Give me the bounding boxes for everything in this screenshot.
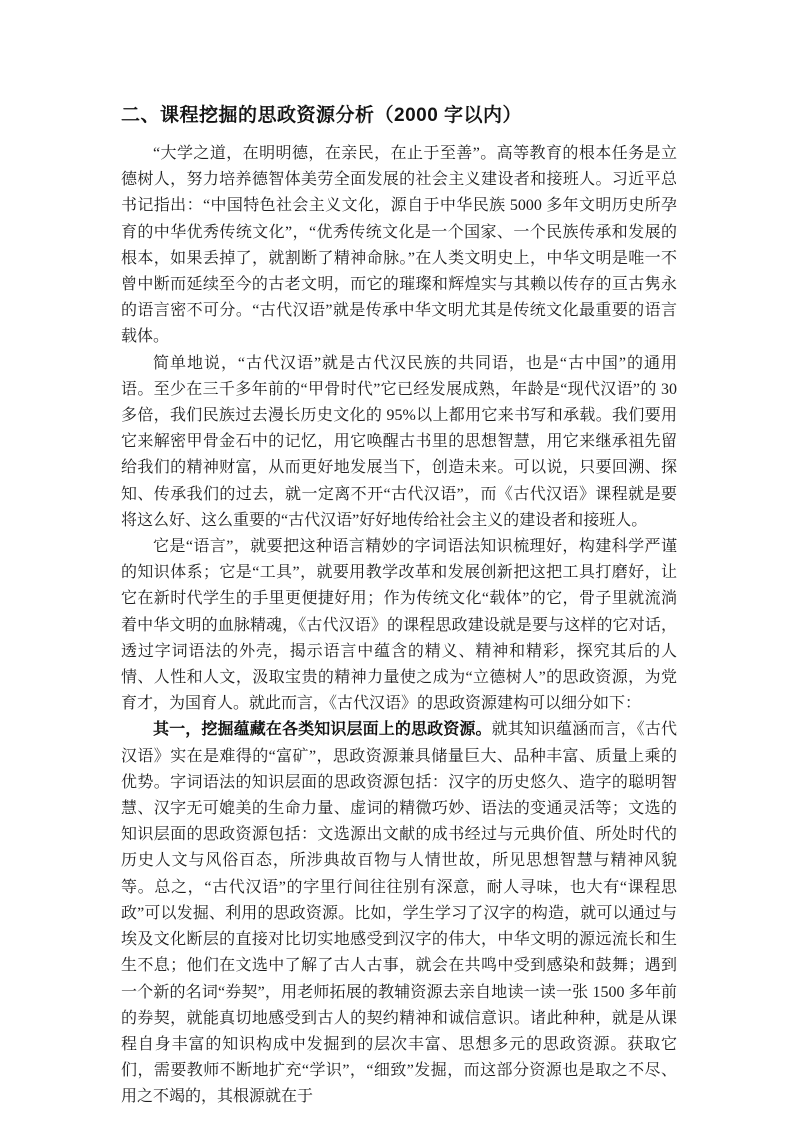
section-heading: 二、课程挖掘的思政资源分析（2000 字以内） [121, 103, 677, 129]
paragraph-text: 就其知识蕴涵而言，《古代汉语》实在是难得的“富矿”，思政资源兼具储量巨大、品种丰… [121, 721, 677, 1105]
document-page: 二、课程挖掘的思政资源分析（2000 字以内） “大学之道，在明明德，在亲民，在… [0, 0, 794, 1123]
paragraph-text: 它是“语言”，就要把这种语言精妙的字词语法知识梳理好，构建科学严谨的知识体系；它… [121, 538, 677, 712]
paragraph: “大学之道，在明明德，在亲民，在止于至善”。高等教育的根本任务是立德树人，努力培… [121, 141, 677, 351]
paragraph-lead: 其一，挖掘蕴藏在各类知识层面上的思政资源。 [153, 721, 492, 738]
paragraph: 其一，挖掘蕴藏在各类知识层面上的思政资源。就其知识蕴涵而言，《古代汉语》实在是难… [121, 717, 677, 1110]
paragraph-text: “大学之道，在明明德，在亲民，在止于至善”。高等教育的根本任务是立德树人，努力培… [121, 145, 677, 345]
paragraph: 简单地说，“古代汉语”就是古代汉民族的共同语，也是“古中国”的通用语。至少在三千… [121, 351, 677, 534]
paragraph-text: 简单地说，“古代汉语”就是古代汉民族的共同语，也是“古中国”的通用语。至少在三千… [121, 355, 677, 529]
paragraph: 它是“语言”，就要把这种语言精妙的字词语法知识梳理好，构建科学严谨的知识体系；它… [121, 534, 677, 717]
